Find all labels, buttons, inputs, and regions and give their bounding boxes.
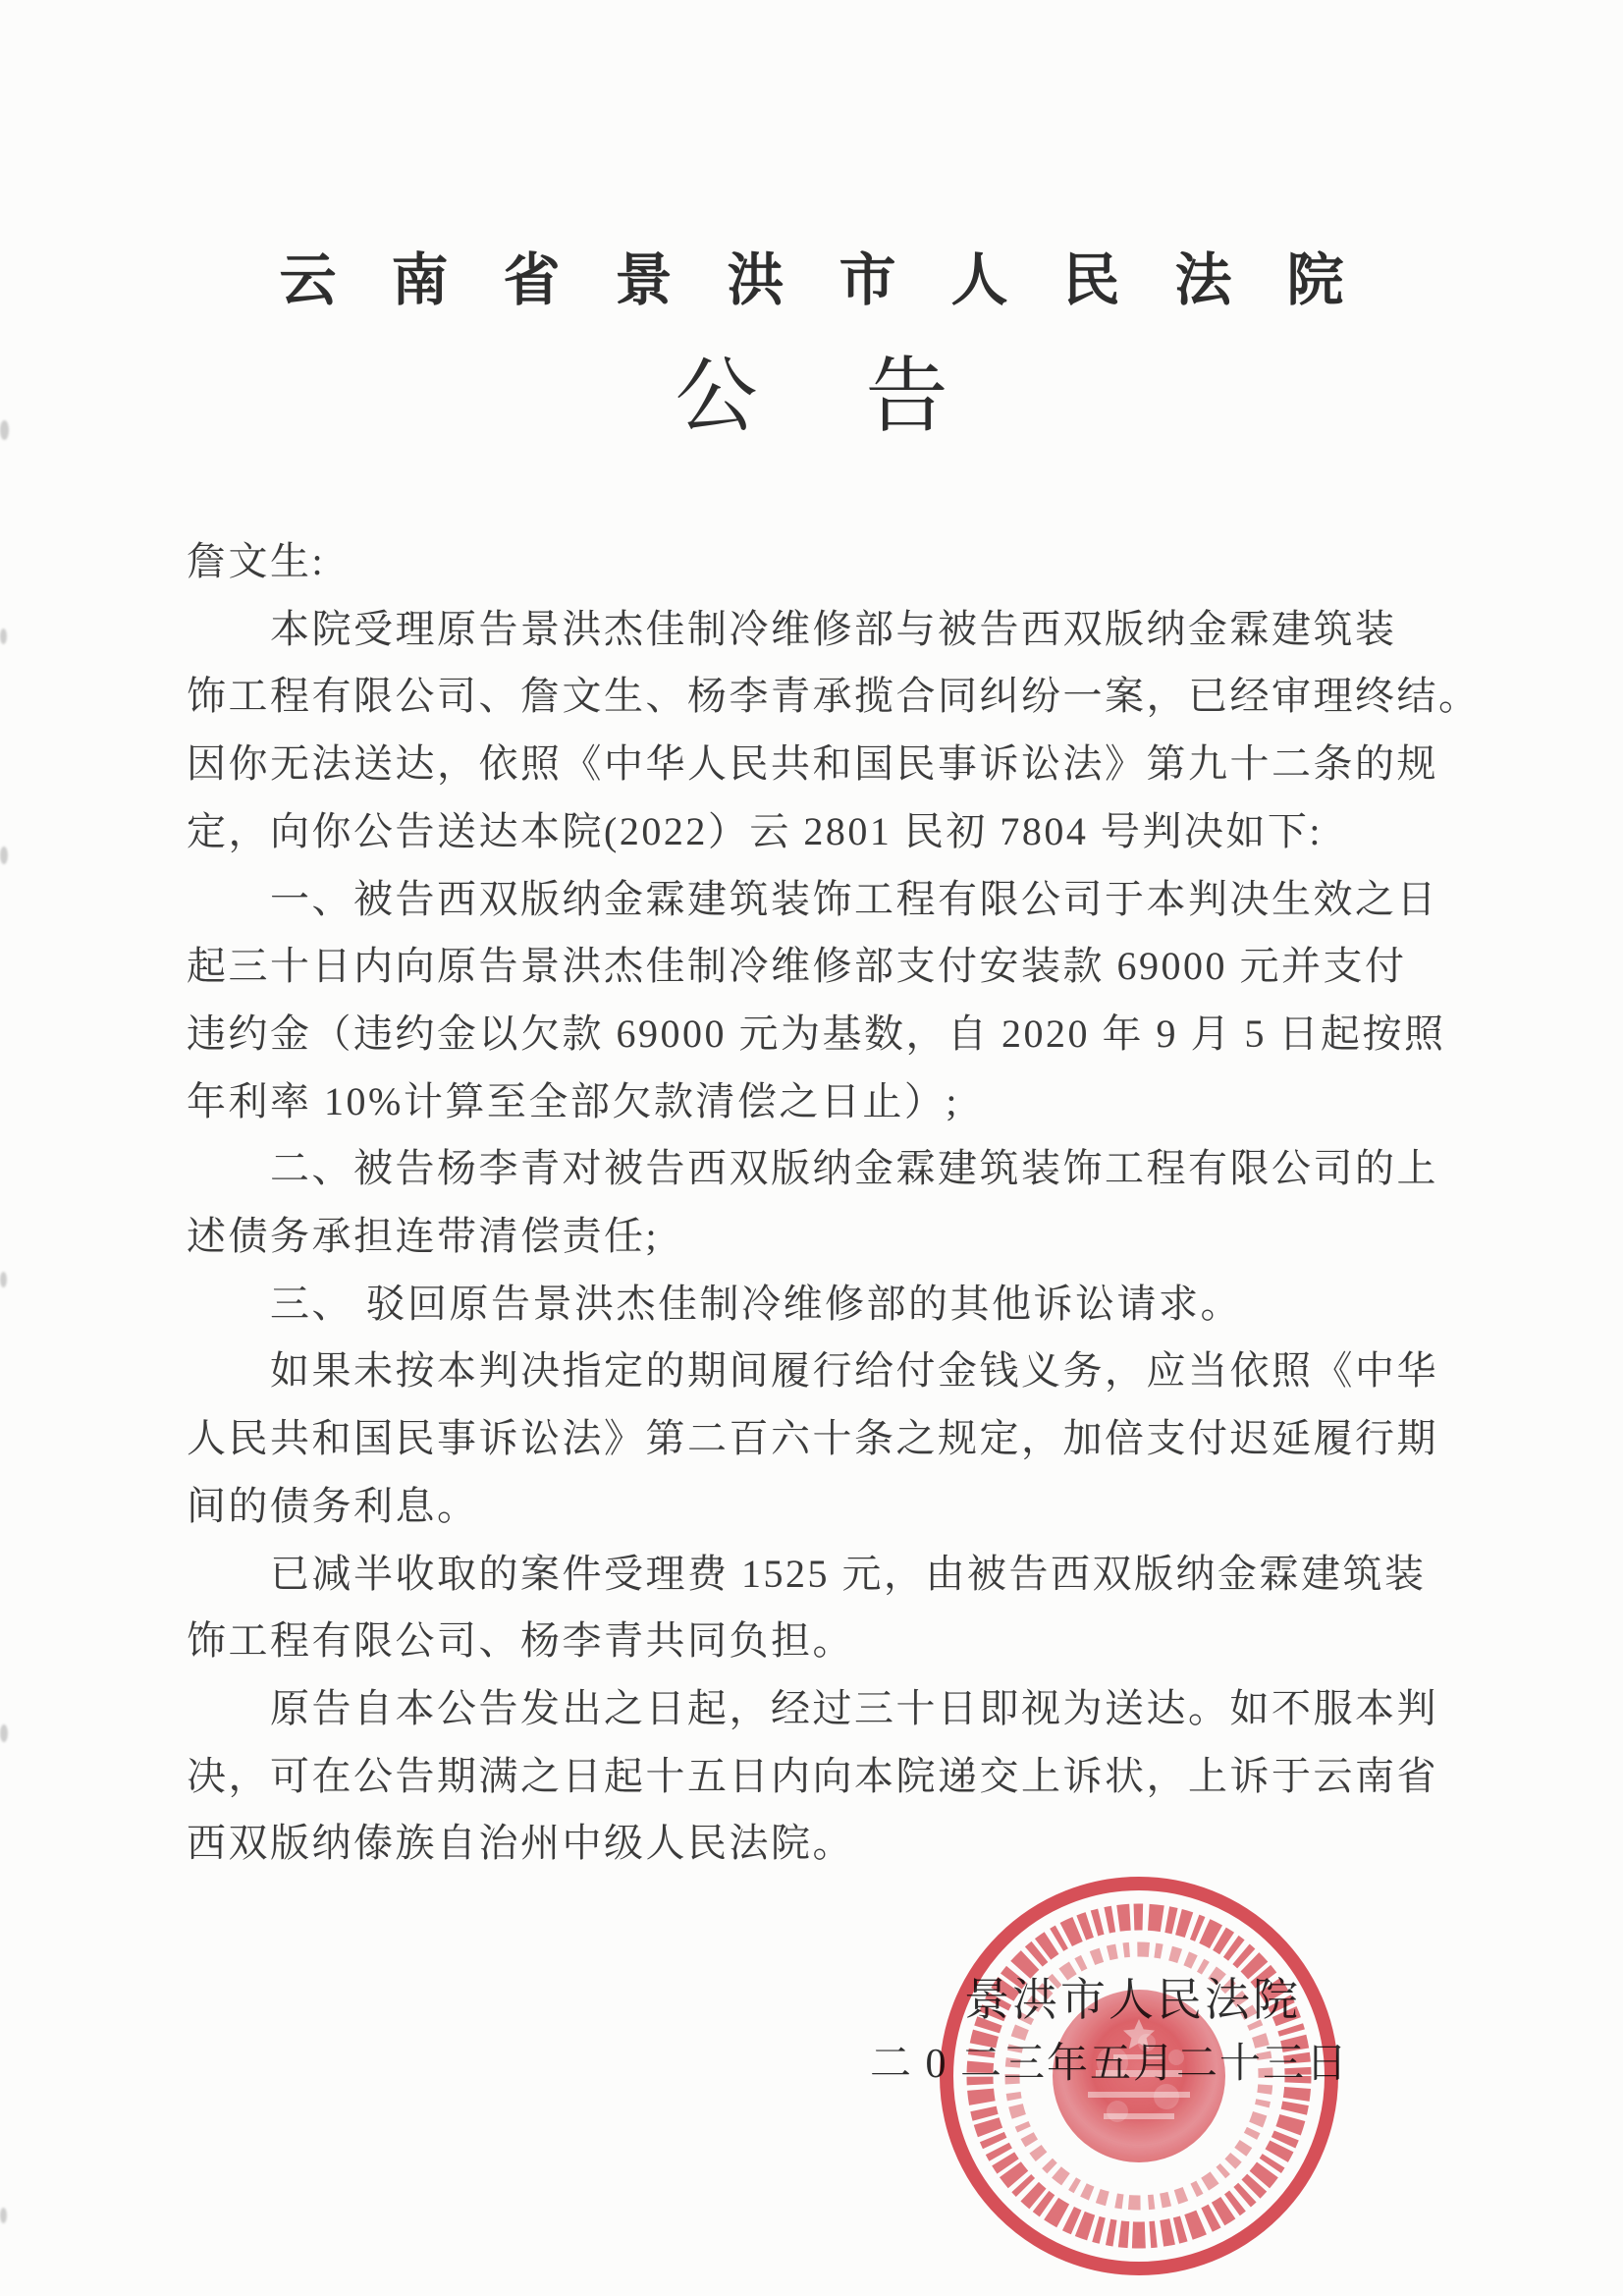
official-seal-stamp (931, 1866, 1347, 2288)
body-line: 饰工程有限公司、杨李青共同负担。 (187, 1608, 1453, 1675)
scan-artifact (0, 629, 7, 644)
body-line: 已减半收取的案件受理费 1525 元，由被告西双版纳金霖建筑装 (187, 1541, 1453, 1609)
body-line: 起三十日内向原告景洪杰佳制冷维修部支付安装款 69000 元并支付 (187, 933, 1453, 1001)
body-line: 年利率 10%计算至全部欠款清偿之日止）; (187, 1068, 1453, 1136)
body-line: 本院受理原告景洪杰佳制冷维修部与被告西双版纳金霖建筑装 (187, 596, 1453, 664)
body-line: 原告自本公告发出之日起，经过三十日即视为送达。如不服本判 (187, 1675, 1453, 1743)
body-line: 违约金（违约金以欠款 69000 元为基数，自 2020 年 9 月 5 日起按… (187, 1001, 1453, 1068)
announcement-body: 詹文生: 本院受理原告景洪杰佳制冷维修部与被告西双版纳金霖建筑装 饰工程有限公司… (187, 528, 1453, 1878)
scan-artifact (0, 847, 8, 864)
body-line: 二、被告杨李青对被告西双版纳金霖建筑装饰工程有限公司的上 (187, 1135, 1453, 1203)
body-line: 述债务承担连带清偿责任; (187, 1203, 1453, 1271)
body-line: 决，可在公告期满之日起十五日内向本院递交上诉状，上诉于云南省 (187, 1743, 1453, 1811)
body-line: 人民共和国民事诉讼法》第二百六十条之规定，加倍支付迟延履行期 (187, 1405, 1453, 1473)
scan-artifact (0, 1272, 7, 1287)
body-line: 因你无法送达，依照《中华人民共和国民事诉讼法》第九十二条的规 (187, 731, 1453, 798)
body-line: 间的债务利息。 (187, 1473, 1453, 1541)
body-line: 詹文生: (187, 528, 1453, 596)
body-line: 定，向你公告送达本院(2022）云 2801 民初 7804 号判决如下: (187, 798, 1453, 866)
scan-artifact (0, 1724, 8, 1742)
scan-artifact (0, 420, 9, 440)
scan-artifact (0, 2208, 7, 2223)
body-line: 饰工程有限公司、詹文生、杨李青承揽合同纠纷一案，已经审理终结。 (187, 663, 1453, 731)
document-page: 云南省景洪市人民法院 公告 詹文生: 本院受理原告景洪杰佳制冷维修部与被告西双版… (0, 0, 1623, 2296)
announcement-title: 公告 (0, 330, 1623, 449)
court-title: 云南省景洪市人民法院 (0, 234, 1623, 316)
body-line: 一、被告西双版纳金霖建筑装饰工程有限公司于本判决生效之日 (187, 866, 1453, 934)
body-line: 三、 驳回原告景洪杰佳制冷维修部的其他诉讼请求。 (187, 1271, 1453, 1339)
body-line: 如果未按本判决指定的期间履行给付金钱义务，应当依照《中华 (187, 1338, 1453, 1405)
